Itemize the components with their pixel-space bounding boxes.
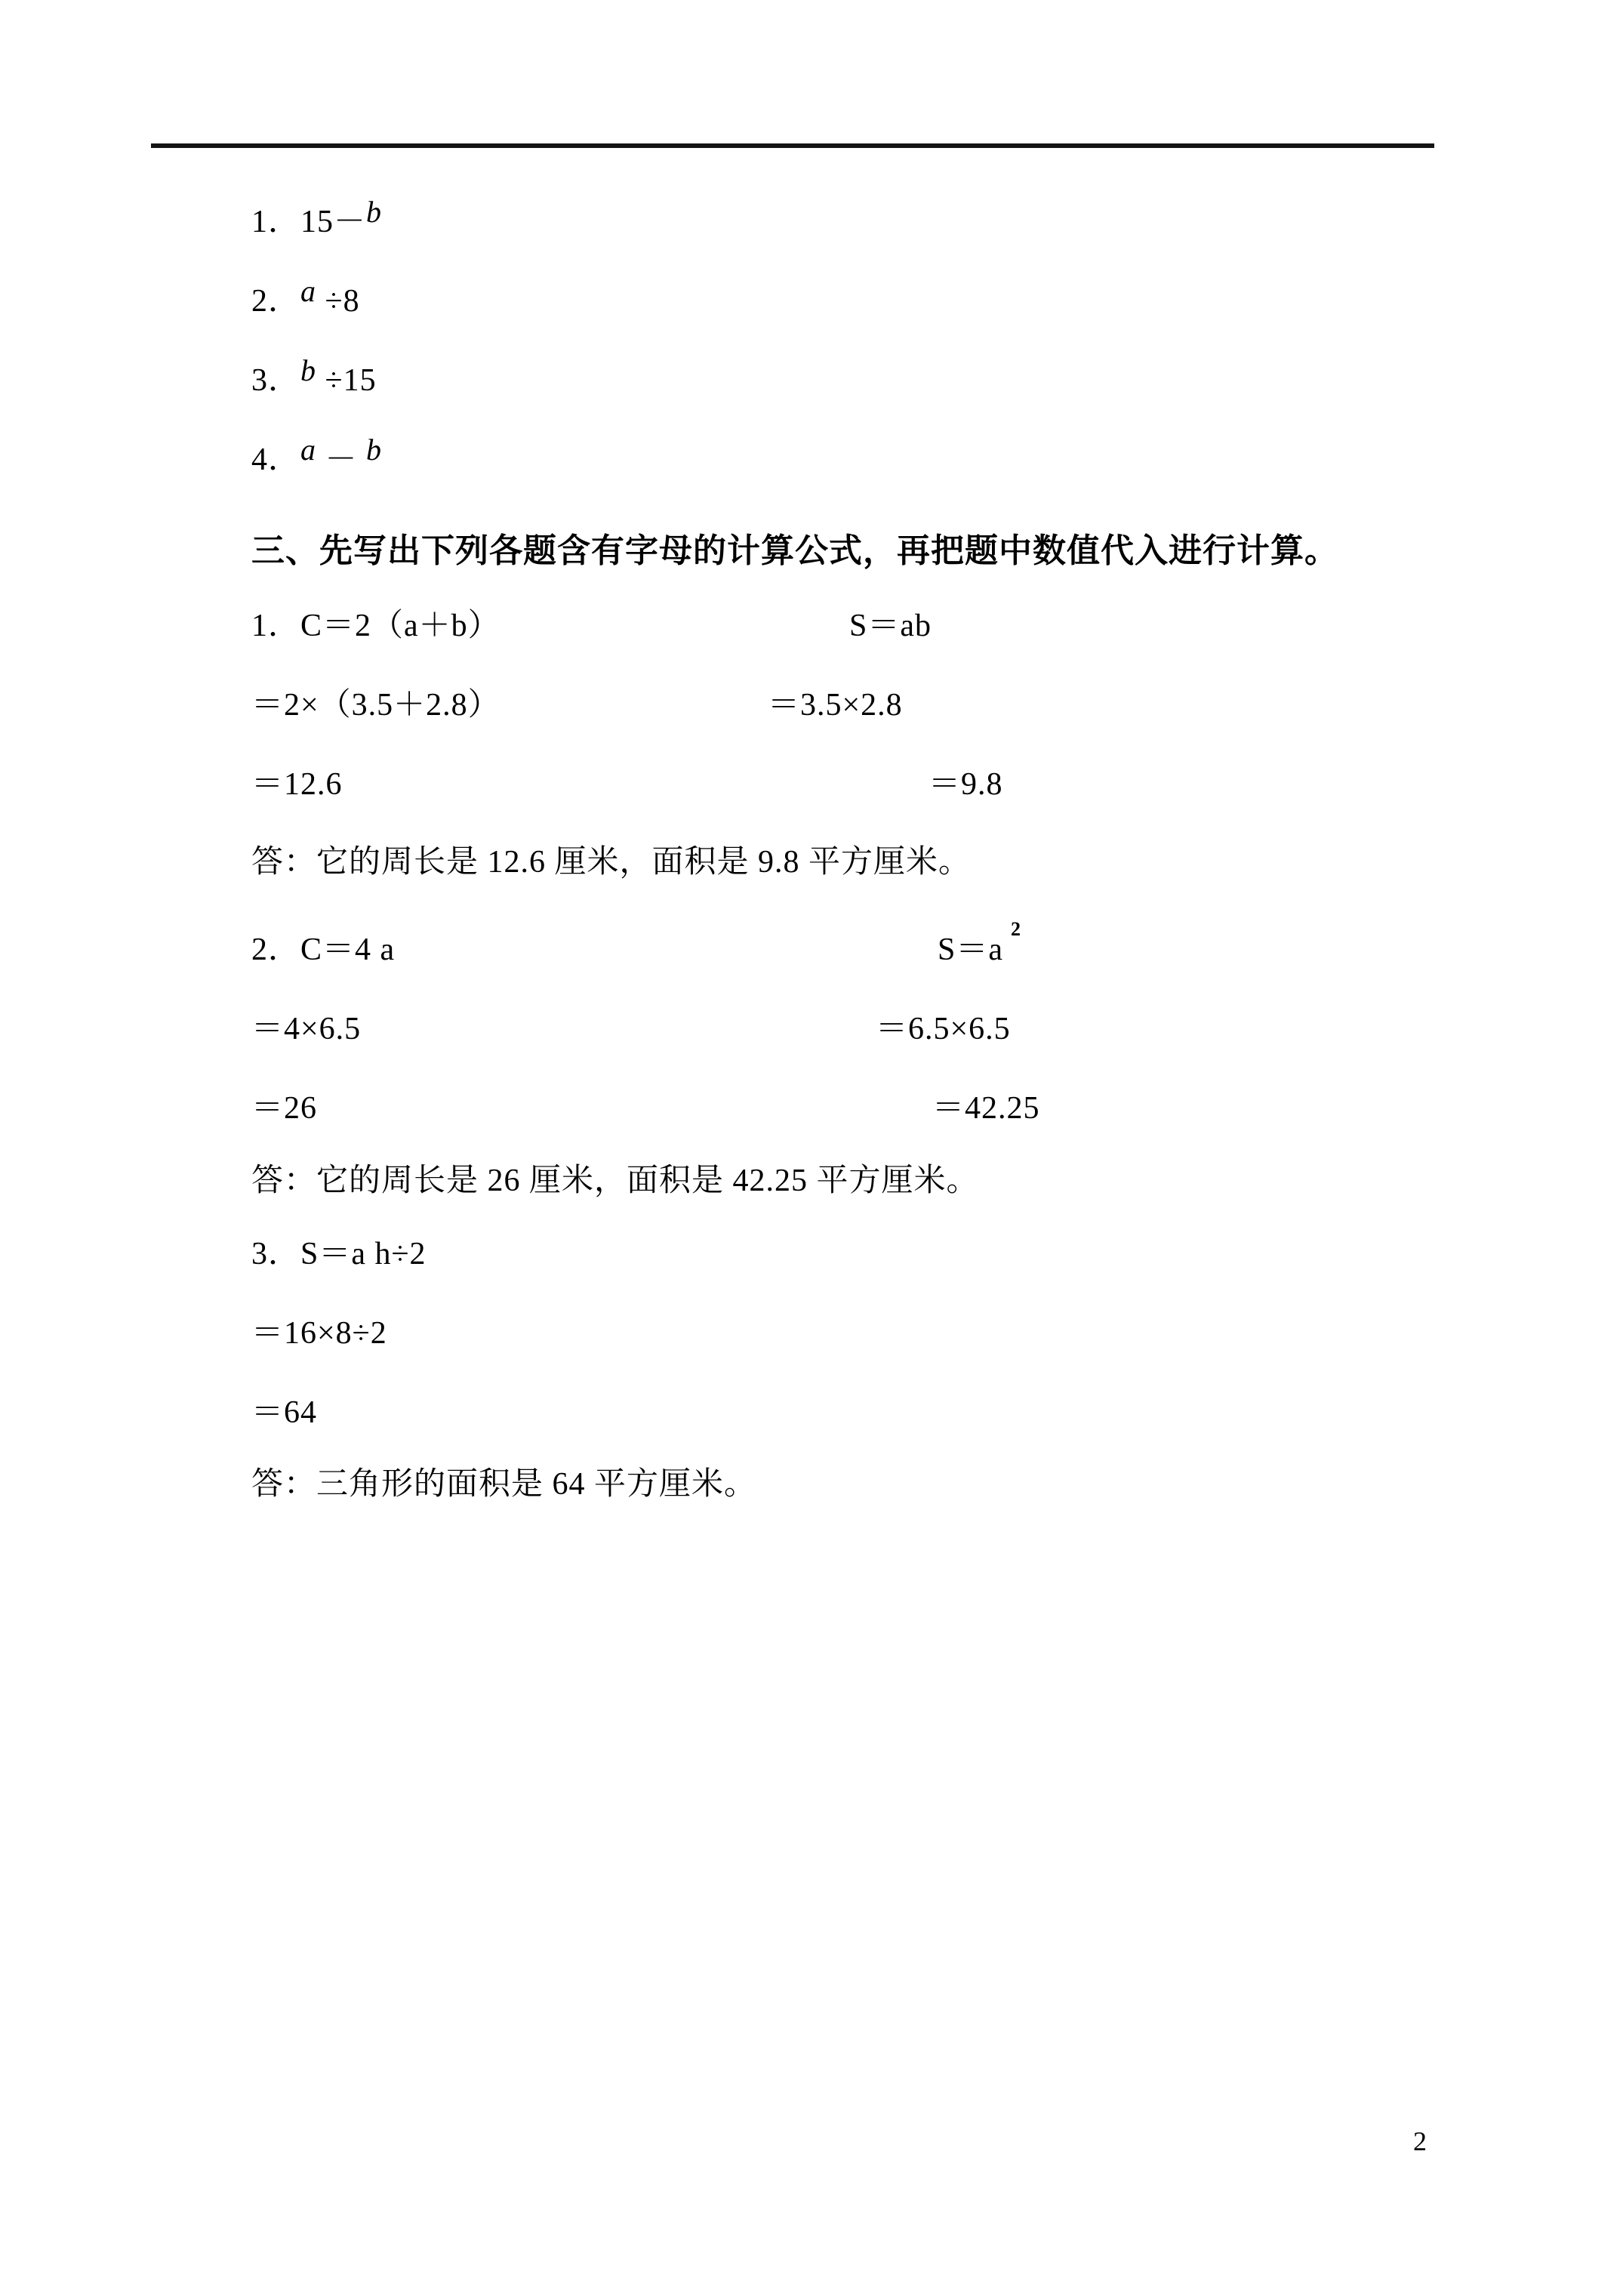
expression-item-2: 2．a ÷8 [251,285,360,317]
p2-step-right: ＝6.5×6.5 [876,1013,1011,1045]
p3-step-left: ＝16×8÷2 [251,1318,387,1349]
p2-formula-left: 2．C＝4 a [251,934,395,966]
p2-result-right: ＝42.25 [932,1093,1040,1124]
item-variable: b [300,353,316,387]
p3-answer: 答：三角形的面积是 64 平方厘米。 [251,1469,756,1500]
p2-formula-right: S＝a2 [938,934,1021,966]
item-number: 4． [251,442,300,477]
p1-formula-right: S＝ab [849,610,932,642]
expression-item-1: 1．15－b [251,206,382,238]
item-variable: b [366,195,382,229]
p1-result-left: ＝12.6 [251,769,343,800]
p2-formula-right-exponent: 2 [1011,918,1021,940]
page-number: 2 [1413,2128,1427,2155]
item-number: 2． [251,284,300,319]
section-heading: 三、先写出下列各题含有字母的计算公式，再把题中数值代入进行计算。 [251,535,1338,568]
worksheet-page: 1．15－b 2．a ÷8 3．b ÷15 4．a － b 三、先写出下列各题含… [0,0,1623,2296]
p1-answer: 答：它的周长是 12.6 厘米，面积是 9.8 平方厘米。 [251,846,971,878]
p2-formula-right-base: S＝a [938,932,1003,967]
header-divider-line [151,143,1434,148]
item-operand: ÷8 [316,284,360,319]
p1-formula-left: 1．C＝2（a＋b） [251,610,500,642]
item-variable: a [300,274,316,308]
p1-step-right: ＝3.5×2.8 [768,689,903,721]
p2-step-left: ＝4×6.5 [251,1013,361,1045]
item-number: 1． [251,205,300,239]
item-number: 3． [251,363,300,398]
p3-formula-left: 3．S＝a h÷2 [251,1238,427,1270]
p2-result-left: ＝26 [251,1093,317,1124]
p1-step-left: ＝2×（3.5＋2.8） [251,689,500,721]
item-variable: a [300,433,316,467]
expression-item-3: 3．b ÷15 [251,365,377,396]
p1-result-right: ＝9.8 [929,769,1003,800]
expression-item-4: 4．a － b [251,444,382,476]
item-operand: 15－ [300,205,366,239]
p2-answer: 答：它的周长是 26 厘米，面积是 42.25 平方厘米。 [251,1165,979,1197]
p3-result-left: ＝64 [251,1397,317,1428]
item-operand: － [316,442,366,477]
item-operand: ÷15 [316,363,377,398]
item-variable: b [366,433,382,467]
